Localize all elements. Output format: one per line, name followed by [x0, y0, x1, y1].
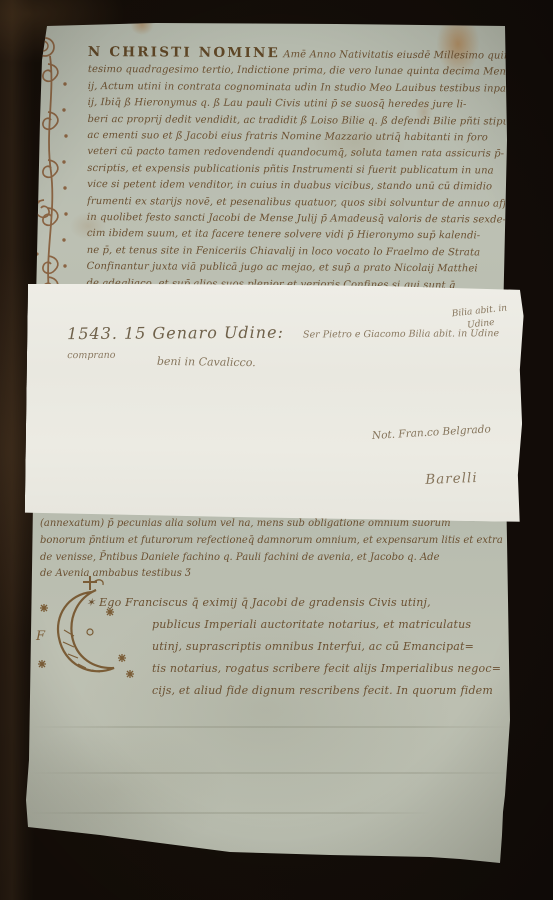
manuscript-line: de venisse, P̄ntibus Daniele fachino q. … — [40, 550, 508, 567]
signum-letter: F — [35, 629, 46, 644]
slip-date: 1543. 15 Genaro Udine: — [67, 323, 284, 344]
latin-text-block-upper: N CHRISTI NOMINE Amē Anno Nativitatis ei… — [86, 44, 506, 307]
crease-line — [30, 812, 430, 814]
slip-date-row: 1543. 15 Genaro Udine: Ser Pietro e Giac… — [67, 321, 507, 362]
slip-signature: Barelli — [425, 470, 478, 488]
archival-note-slip: Bilia abit. inUdine 1543. 15 Genaro Udin… — [25, 281, 524, 522]
manuscript-line: bonorum p̄ntium et futurorum refectioneq… — [40, 533, 508, 550]
invocation-heading: N CHRISTI NOMINE — [88, 44, 280, 61]
vine-border-ornament-icon — [30, 32, 80, 300]
manuscript-line: utinj, suprascriptis omnibus Interfui, a… — [86, 636, 510, 658]
notary-subscription-block: ✶ Ego Franciscus q̄ eximij q̄ Jacobi de … — [86, 592, 510, 702]
manuscript-line: vice si petent idem venditor, in cuius i… — [87, 177, 505, 196]
crease-line — [30, 726, 510, 728]
invocation-rest: Amē Anno Nativitatis eiusdē Millesimo qu… — [283, 49, 506, 61]
slip-summary-2: beni in Cavalicco. — [157, 355, 256, 369]
manuscript-line: publicus Imperiali auctoritate notarius,… — [86, 614, 510, 636]
manuscript-line: ij, Ibiq̄ ß Hieronymus q. ß Lau pauli Ci… — [88, 95, 506, 114]
manuscript-photo: N CHRISTI NOMINE Amē Anno Nativitatis ei… — [0, 0, 553, 900]
manuscript-line: tis notarius, rogatus scribere fecit ali… — [86, 658, 510, 680]
manuscript-line: ✶ Ego Franciscus q̄ eximij q̄ Jacobi de … — [86, 592, 510, 614]
slip-notary-name: Not. Fran.co Belgrado — [372, 423, 491, 442]
manuscript-line: cijs, et aliud fide dignum rescribens fe… — [86, 680, 510, 702]
upper-lines-container: tesimo quadragesimo tertio, Indictione p… — [86, 62, 505, 306]
crease-line — [30, 772, 510, 774]
notary-lines-container: ✶ Ego Franciscus q̄ eximij q̄ Jacobi de … — [86, 592, 510, 702]
